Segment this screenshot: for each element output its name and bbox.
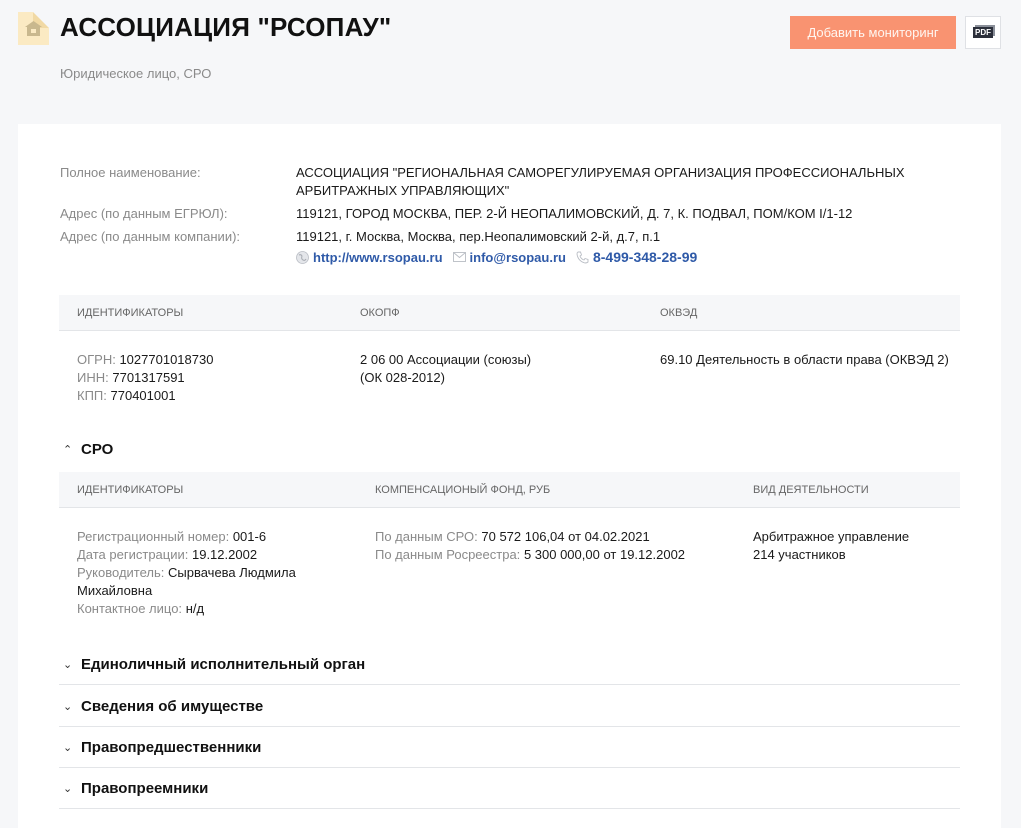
inn-value: 7701317591 [112,370,184,385]
envelope-icon [453,252,466,262]
website-link[interactable]: http://www.rsopau.ru [313,250,443,265]
fund-rosreestr-value: 5 300 000,00 от 19.12.2002 [524,547,685,562]
identifiers-cell: ОГРН: 1027701018730 ИНН: 7701317591 КПП:… [59,351,342,405]
identifiers-table: ИДЕНТИФИКАТОРЫ ОКОПФ ОКВЭД ОГРН: 1027701… [59,295,960,405]
accordion-label: Единоличный исполнительный орган [81,656,365,673]
okopf-classifier: (ОК 028-2012) [360,369,642,387]
inn-label: ИНН: [77,370,109,385]
contacts-row: http://www.rsopau.ru info@rsopau.ru 8-49… [296,249,960,265]
phone-icon [576,251,589,264]
accordion-successors[interactable]: ⌄ Правопреемники [59,768,960,809]
full-name-label: Полное наименование: [60,164,296,200]
reg-number-label: Регистрационный номер: [77,529,229,544]
col-header-fund: КОМПЕНСАЦИОНЫЙ ФОНД, РУБ [357,481,735,499]
ogrn-value: 1027701018730 [119,352,213,367]
col-header-okved: ОКВЭД [642,304,697,322]
sro-table-row: Регистрационный номер: 001-6 Дата регист… [59,508,960,618]
phone-link[interactable]: 8-499-348-28-99 [593,249,697,265]
okved-cell: 69.10 Деятельность в области права (ОКВЭ… [642,351,949,405]
pdf-download-button[interactable]: PDF [965,16,1001,49]
fund-sro-value: 70 572 106,04 от 04.02.2021 [481,529,649,544]
building-document-icon [18,12,49,45]
chevron-up-icon: ⌃ [63,443,73,456]
reg-number-value: 001-6 [233,529,266,544]
website-contact: http://www.rsopau.ru [296,250,443,265]
members-count: 214 участников [753,546,909,564]
email-contact: info@rsopau.ru [453,250,566,265]
reg-date-value: 19.12.2002 [192,547,257,562]
col-header-identifiers: ИДЕНТИФИКАТОРЫ [59,304,342,322]
contact-person-label: Контактное лицо: [77,601,182,616]
page-header: АССОЦИАЦИЯ "РСОПАУ" Юридическое лицо, СР… [0,0,1021,124]
fund-sro-label: По данным СРО: [375,529,478,544]
director-label: Руководитель: [77,565,164,580]
okved-value: 69.10 Деятельность в области права (ОКВЭ… [660,351,949,369]
page-title: АССОЦИАЦИЯ "РСОПАУ" [60,12,391,43]
accordion-property-info[interactable]: ⌄ Сведения об имуществе [59,686,960,727]
chevron-down-icon: ⌄ [63,700,73,713]
accordion-predecessors[interactable]: ⌄ Правопредшественники [59,727,960,768]
company-card: Полное наименование: АССОЦИАЦИЯ "РЕГИОНА… [18,124,1001,828]
col-header-activity: ВИД ДЕЯТЕЛЬНОСТИ [735,481,869,499]
phone-contact: 8-499-348-28-99 [576,249,697,265]
sro-identifiers-cell: Регистрационный номер: 001-6 Дата регист… [59,528,357,618]
chevron-down-icon: ⌄ [63,658,73,671]
accordion-label: Правопредшественники [81,739,261,756]
accordion-label: Правопреемники [81,780,208,797]
address-egrul-label: Адрес (по данным ЕГРЮЛ): [60,205,296,223]
sro-table-header: ИДЕНТИФИКАТОРЫ КОМПЕНСАЦИОНЫЙ ФОНД, РУБ … [59,472,960,508]
address-egrul-row: Адрес (по данным ЕГРЮЛ): 119121, ГОРОД М… [60,205,960,223]
email-link[interactable]: info@rsopau.ru [470,250,566,265]
pdf-icon: PDF [973,27,993,38]
chevron-down-icon: ⌄ [63,782,73,795]
address-egrul-value: 119121, ГОРОД МОСКВА, ПЕР. 2-Й НЕОПАЛИМО… [296,205,852,223]
okopf-value: 2 06 00 Ассоциации (союзы) [360,351,642,369]
ogrn-label: ОГРН: [77,352,116,367]
sro-section-toggle[interactable]: ⌃ СРО [63,441,113,458]
accordion-label: Сведения об имуществе [81,698,263,715]
entity-type-subtitle: Юридическое лицо, СРО [60,66,211,81]
full-name-value: АССОЦИАЦИЯ "РЕГИОНАЛЬНАЯ САМОРЕГУЛИРУЕМА… [296,164,960,200]
address-company-label: Адрес (по данным компании): [60,228,296,246]
sro-section-title: СРО [81,441,113,458]
kpp-value: 770401001 [111,388,176,403]
activity-value: Арбитражное управление [753,528,909,546]
identifiers-table-header: ИДЕНТИФИКАТОРЫ ОКОПФ ОКВЭД [59,295,960,331]
fund-cell: По данным СРО: 70 572 106,04 от 04.02.20… [357,528,735,618]
address-company-row: Адрес (по данным компании): 119121, г. М… [60,228,960,246]
col-header-okopf: ОКОПФ [342,304,642,322]
reg-date-label: Дата регистрации: [77,547,188,562]
contact-person-value: н/д [186,601,204,616]
okopf-cell: 2 06 00 Ассоциации (союзы) (ОК 028-2012) [342,351,642,405]
add-monitoring-button[interactable]: Добавить мониторинг [790,16,956,49]
col-header-sro-identifiers: ИДЕНТИФИКАТОРЫ [59,481,357,499]
company-info: Полное наименование: АССОЦИАЦИЯ "РЕГИОНА… [60,164,960,265]
fund-rosreestr-label: По данным Росреестра: [375,547,520,562]
identifiers-table-row: ОГРН: 1027701018730 ИНН: 7701317591 КПП:… [59,331,960,405]
sro-table: ИДЕНТИФИКАТОРЫ КОМПЕНСАЦИОНЫЙ ФОНД, РУБ … [59,472,960,618]
kpp-label: КПП: [77,388,107,403]
chevron-down-icon: ⌄ [63,741,73,754]
full-name-row: Полное наименование: АССОЦИАЦИЯ "РЕГИОНА… [60,164,960,200]
globe-icon [296,251,309,264]
address-company-value: 119121, г. Москва, Москва, пер.Неопалимо… [296,228,660,246]
activity-cell: Арбитражное управление 214 участников [735,528,909,618]
accordion-executive-body[interactable]: ⌄ Единоличный исполнительный орган [59,644,960,685]
